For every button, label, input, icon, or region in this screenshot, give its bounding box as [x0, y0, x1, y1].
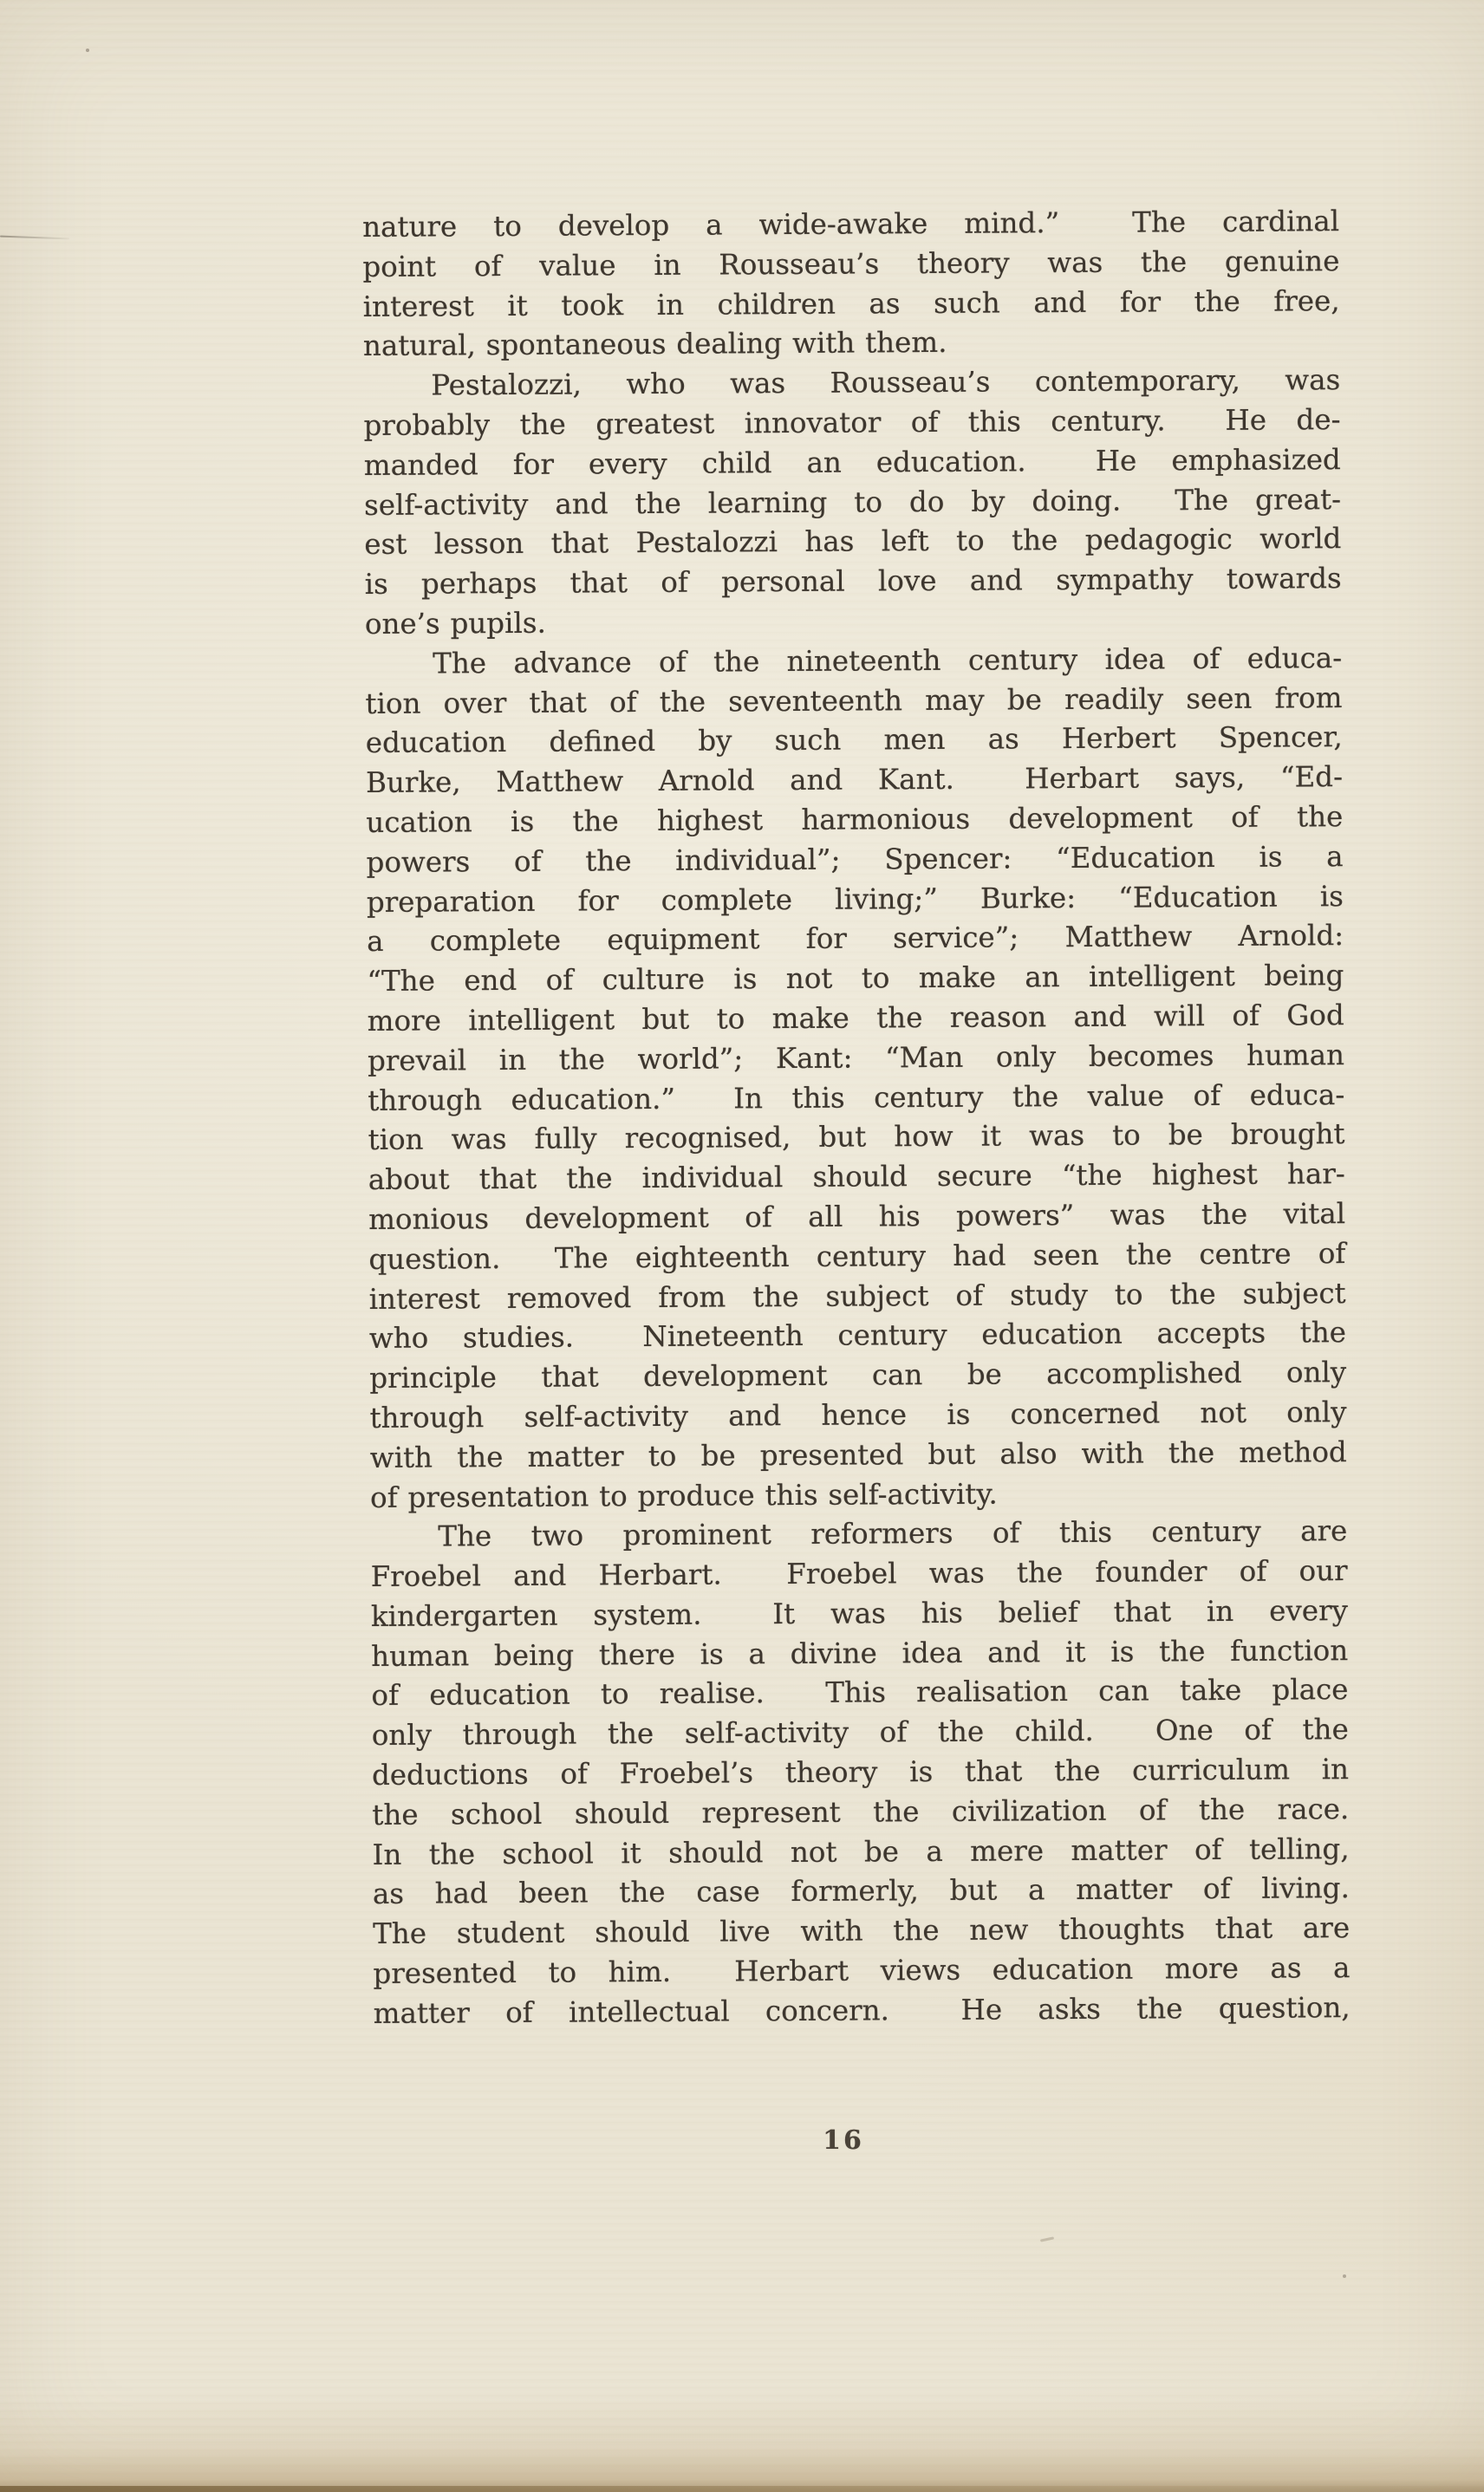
text-line: presented to him. Herbart views educatio…: [373, 1949, 1350, 1994]
text-line: the school should represent the civiliza…: [372, 1790, 1349, 1836]
text-line: natural, spontaneous dealing with them.: [363, 322, 1340, 368]
text-line: est lesson that Pestalozzi has left to t…: [364, 519, 1341, 565]
text-line: The advance of the nineteenth century id…: [365, 639, 1342, 685]
text-line: ucation is the highest harmonious develo…: [366, 797, 1343, 843]
text-line: powers of the individual”; Spencer: “Edu…: [366, 837, 1343, 883]
text-line: with the matter to be presented but also…: [370, 1433, 1347, 1479]
text-line: point of value in Rousseau’s theory was …: [362, 242, 1339, 288]
text-line: matter of intellectual concern. He asks …: [374, 1988, 1351, 2034]
text-line: preparation for complete living;” Burke:…: [367, 877, 1344, 923]
text-line: Froebel and Herbart. Froebel was the fou…: [371, 1552, 1348, 1597]
text-line: In the school it should not be a mere ma…: [372, 1830, 1349, 1876]
text-line: human being there is a divine idea and i…: [371, 1631, 1348, 1677]
text-line: monious development of all his powers” w…: [368, 1194, 1345, 1240]
text-line: deductions of Froebel’s theory is that t…: [372, 1750, 1349, 1796]
text-line: about that the individual should secure …: [368, 1155, 1345, 1200]
text-line: self-activity and the learning to do by …: [364, 480, 1341, 526]
text-line: is perhaps that of personal love and sym…: [365, 559, 1342, 605]
paper-smudge: [1040, 2236, 1054, 2241]
text-line: The two prominent reformers of this cent…: [370, 1512, 1347, 1558]
text-line: through self-activity and hence is conce…: [369, 1393, 1346, 1439]
text-line: of education to realise. This realisatio…: [371, 1671, 1348, 1717]
text-line: one’s pupils.: [365, 599, 1342, 645]
text-line: prevail in the world”; Kant: “Man only b…: [368, 1036, 1344, 1082]
page-bottom-edge: [0, 2397, 1484, 2492]
page-number: 16: [362, 2125, 1325, 2156]
paper-crease: [0, 236, 69, 240]
page-bottom-edge-line: [0, 2486, 1484, 2492]
text-line: The student should live with the new tho…: [373, 1909, 1350, 1955]
text-line: through education.” In this century the …: [368, 1076, 1344, 1122]
paper-speck: [86, 49, 89, 52]
text-line: Pestalozzi, who was Rousseau’s contempor…: [363, 361, 1340, 407]
text-line: Burke, Matthew Arnold and Kant. Herbart …: [366, 758, 1343, 804]
text-line: interest removed from the subject of stu…: [369, 1274, 1346, 1320]
paragraphs: nature to develop a wide-awake mind.” Th…: [362, 202, 1351, 2034]
text-line: only through the self-activity of the ch…: [372, 1710, 1349, 1756]
text-line: manded for every child an education. He …: [364, 440, 1341, 486]
text-line: of presentation to produce this self-act…: [370, 1473, 1347, 1519]
text-line: more intelligent but to make the reason …: [368, 996, 1344, 1042]
text-line: who studies. Nineteenth century educatio…: [369, 1313, 1346, 1359]
text-line: tion over that of the seventeenth may be…: [365, 679, 1342, 725]
text-line: education defined by such men as Herbert…: [366, 718, 1343, 764]
text-line: “The end of culture is not to make an in…: [367, 956, 1344, 1002]
text-line: interest it took in children as such and…: [363, 282, 1340, 328]
text-line: a complete equipment for service”; Matth…: [367, 916, 1344, 962]
text-line: question. The eighteenth century had see…: [368, 1234, 1345, 1280]
page-text-block: nature to develop a wide-awake mind.” Th…: [362, 202, 1351, 2034]
text-line: kindergarten system. It was his belief t…: [371, 1591, 1348, 1637]
paper-speck: [1343, 2274, 1346, 2278]
text-line: tion was fully recognised, but how it wa…: [368, 1115, 1344, 1161]
text-line: nature to develop a wide-awake mind.” Th…: [362, 202, 1339, 248]
text-line: as had been the case formerly, but a mat…: [373, 1870, 1350, 1916]
book-page: nature to develop a wide-awake mind.” Th…: [0, 0, 1484, 2492]
text-line: principle that development can be accomp…: [369, 1353, 1346, 1399]
text-line: probably the greatest innovator of this …: [363, 400, 1340, 446]
